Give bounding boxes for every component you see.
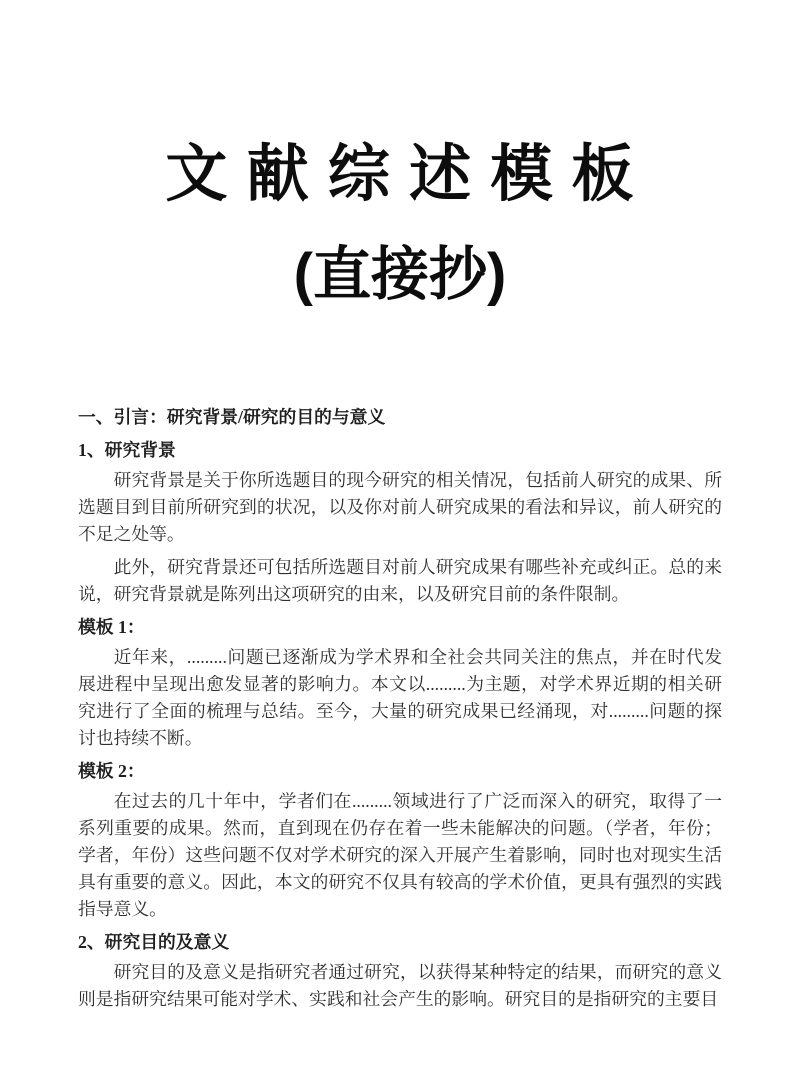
section-heading: 1、研究背景 xyxy=(78,437,722,464)
section-heading: 模板 2： xyxy=(78,758,722,785)
section-heading: 模板 1： xyxy=(78,614,722,641)
document-body: 一、引言：研究背景/研究的目的与意义1、研究背景研究背景是关于你所选题目的现今研… xyxy=(0,404,800,1013)
section-heading: 2、研究目的及意义 xyxy=(78,929,722,956)
paragraph: 在过去的几十年中，学者们在.........领域进行了广泛而深入的研究，取得了一… xyxy=(78,788,722,923)
paragraph: 研究背景是关于你所选题目的现今研究的相关情况，包括前人研究的成果、所选题目到目前… xyxy=(78,467,722,548)
document-title: 文 献 综 述 模 板 xyxy=(0,144,800,206)
title-block: 文 献 综 述 模 板 (直接抄) xyxy=(0,0,800,304)
document-page: 文 献 综 述 模 板 (直接抄) 一、引言：研究背景/研究的目的与意义1、研究… xyxy=(0,0,800,1066)
paragraph: 近年来，.........问题已逐渐成为学术界和全社会共同关注的焦点，并在时代发… xyxy=(78,644,722,752)
document-subtitle: (直接抄) xyxy=(0,246,800,304)
paragraph: 此外，研究背景还可包括所选题目对前人研究成果有哪些补充或纠正。总的来说，研究背景… xyxy=(78,554,722,608)
section-heading: 一、引言：研究背景/研究的目的与意义 xyxy=(78,404,722,431)
paragraph: 研究目的及意义是指研究者通过研究，以获得某种特定的结果，而研究的意义则是指研究结… xyxy=(78,959,722,1013)
